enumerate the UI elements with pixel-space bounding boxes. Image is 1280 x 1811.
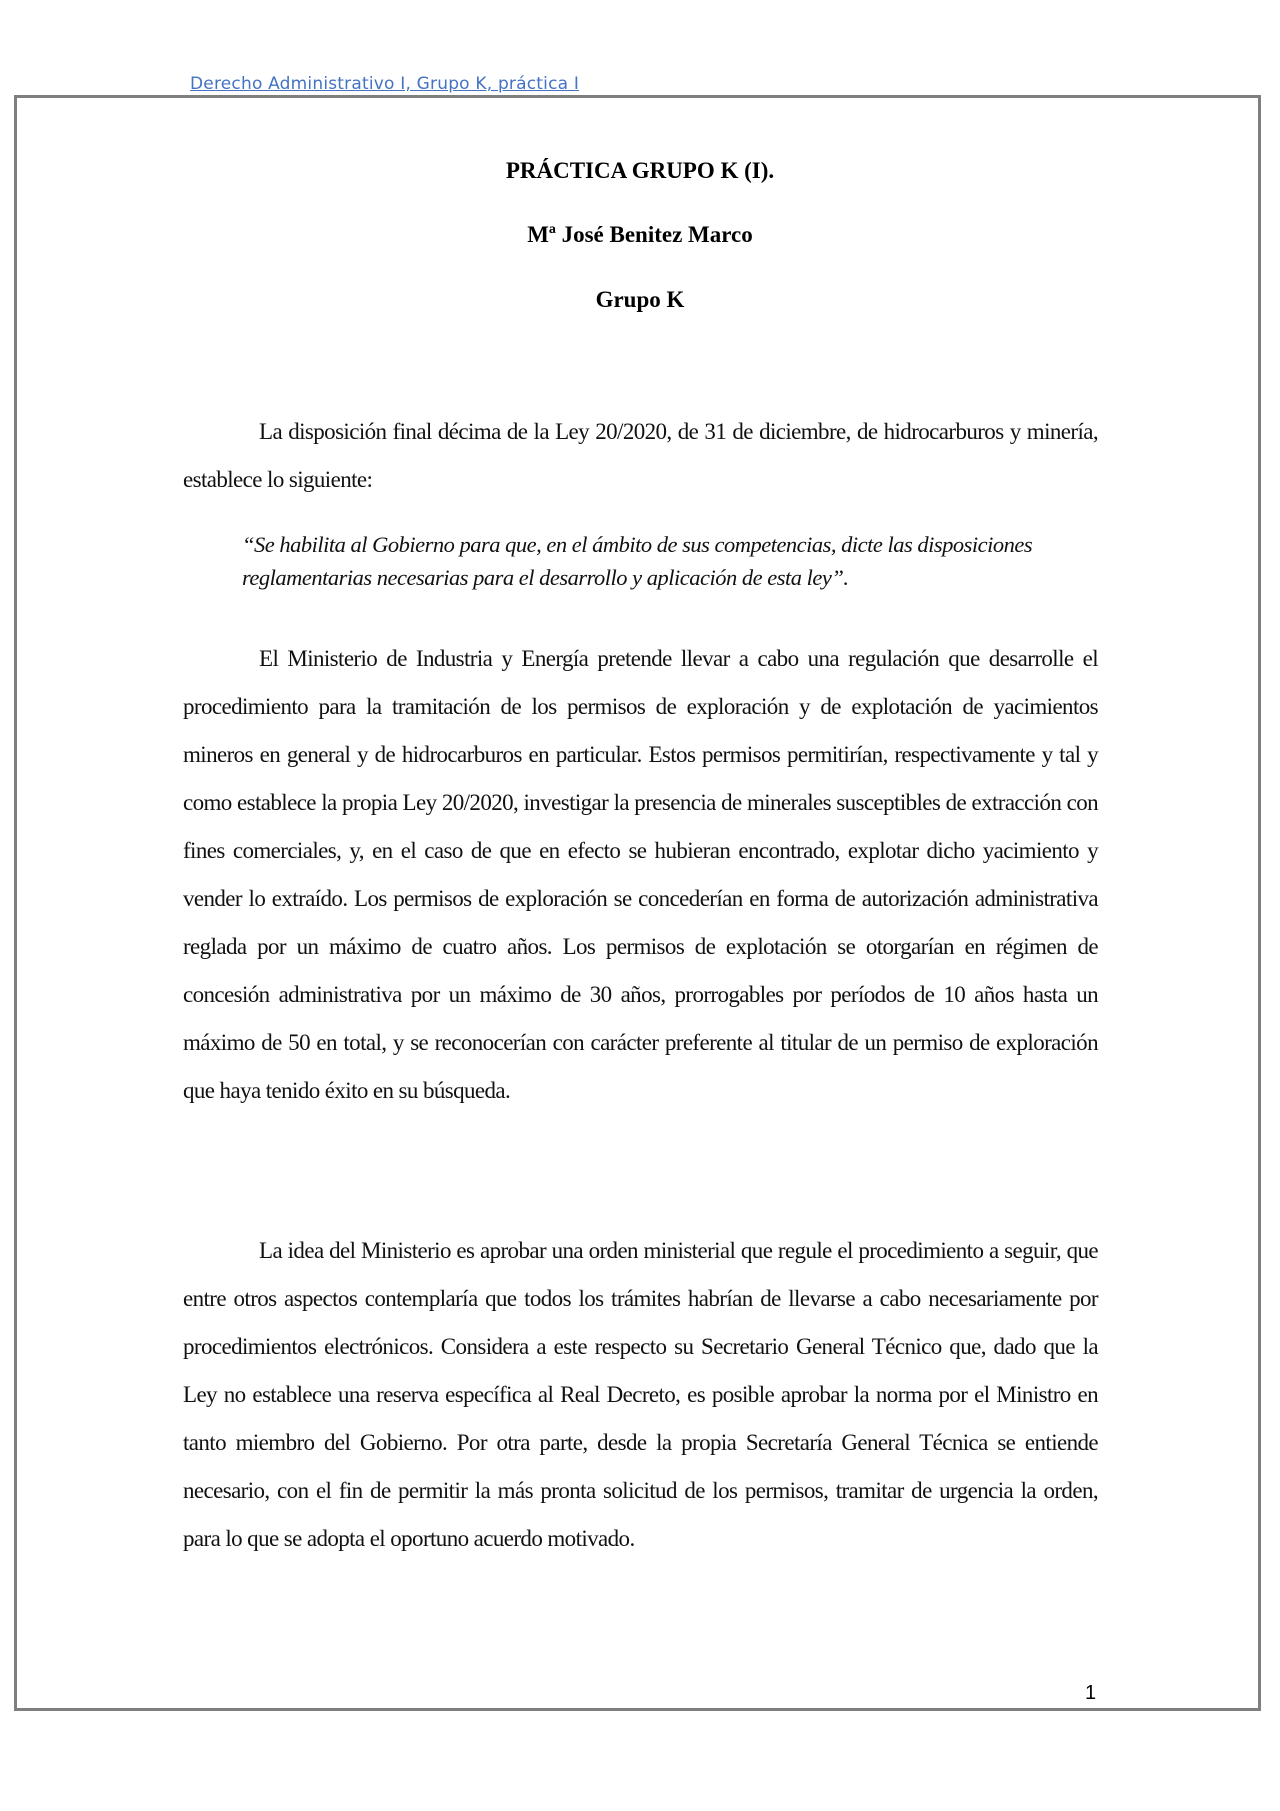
paragraph-idea: La idea del Ministerio es aprobar una or… bbox=[183, 1227, 1098, 1563]
block-quote: “Se habilita al Gobierno para que, en el… bbox=[242, 528, 1042, 594]
document-group: Grupo K bbox=[0, 287, 1280, 313]
paragraph-text: La disposición final décima de la Ley 20… bbox=[183, 408, 1098, 504]
document-title: PRÁCTICA GRUPO K (I). bbox=[0, 158, 1280, 184]
paragraph-ministry: El Ministerio de Industria y Energía pre… bbox=[183, 635, 1098, 1115]
paragraph-text: El Ministerio de Industria y Energía pre… bbox=[183, 635, 1098, 1115]
paragraph-intro: La disposición final décima de la Ley 20… bbox=[183, 408, 1098, 504]
page-number: 1 bbox=[1085, 1682, 1096, 1705]
document-author: Mª José Benitez Marco bbox=[0, 222, 1280, 248]
running-header: Derecho Administrativo I, Grupo K, práct… bbox=[190, 74, 579, 94]
paragraph-text: La idea del Ministerio es aprobar una or… bbox=[183, 1227, 1098, 1563]
